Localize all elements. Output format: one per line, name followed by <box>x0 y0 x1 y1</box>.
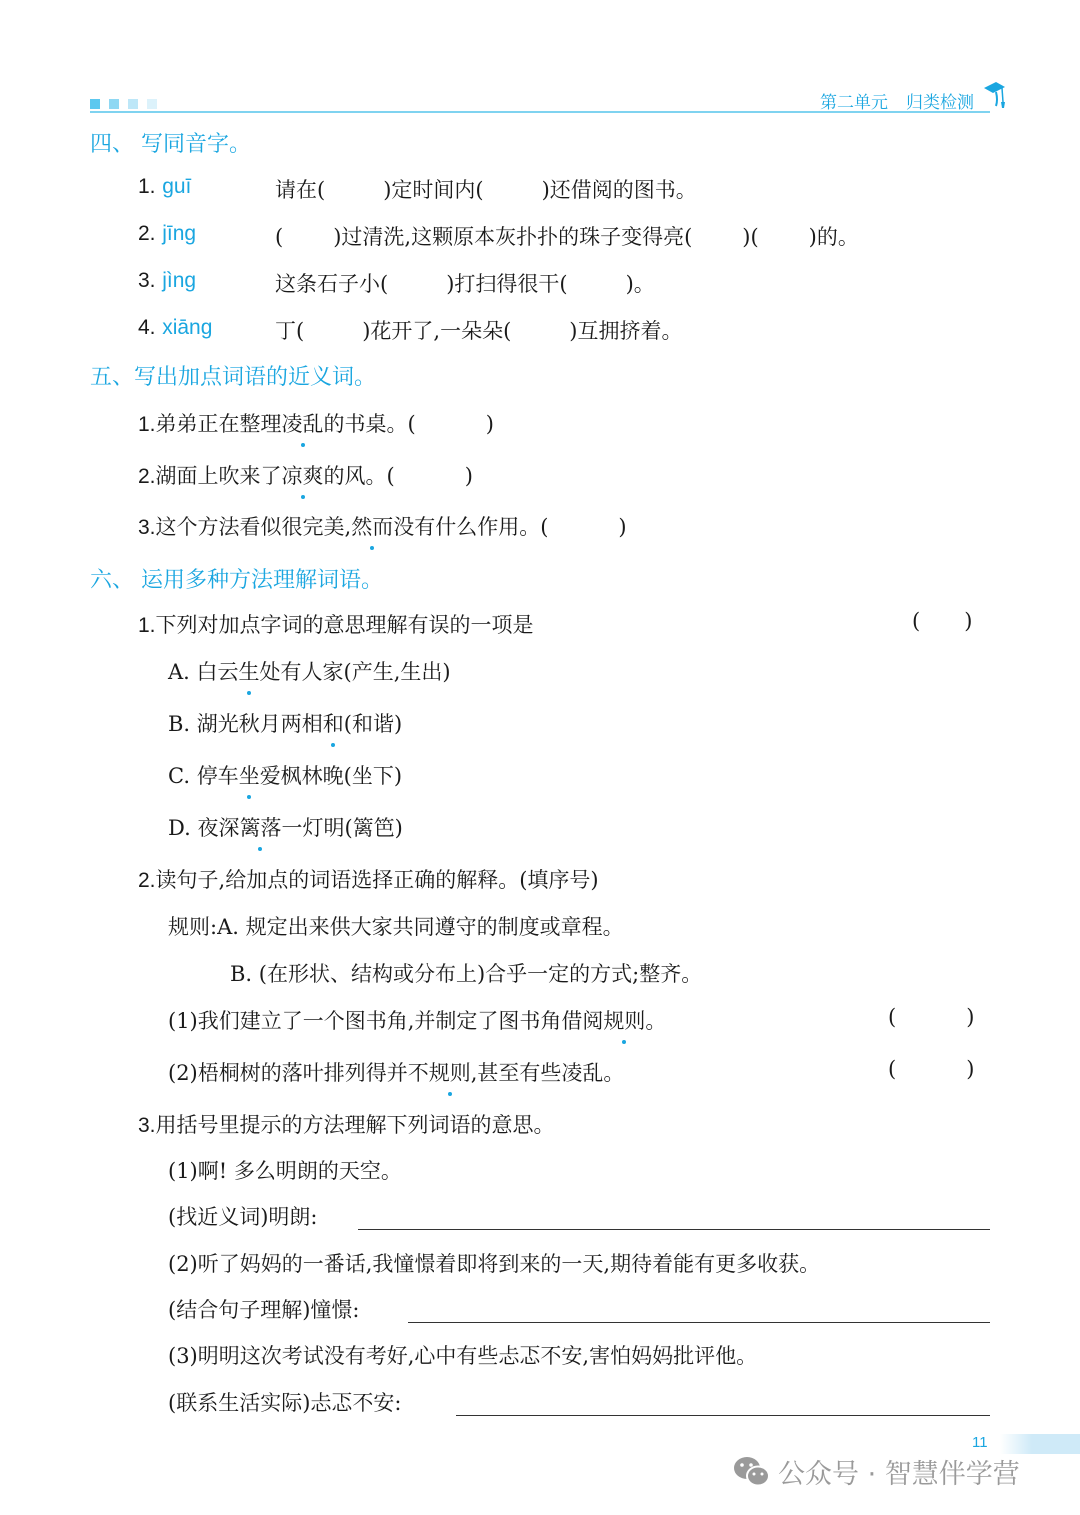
text: )( <box>742 225 758 249</box>
dotted-word: 生 <box>239 656 260 686</box>
s4-item-1: 1. guī <box>138 174 191 199</box>
s4-item-4-sentence: 丁()花开了,一朵朵()互拥挤着。 <box>275 315 682 345</box>
text: )的。 <box>809 225 859 249</box>
text: ( <box>888 1005 896 1029</box>
text: )。 <box>626 272 655 296</box>
text: )定时间内( <box>383 178 483 202</box>
text: 的书桌。( <box>324 412 416 436</box>
s4-item-1-sentence: 请在()定时间内()还借阅的图书。 <box>275 174 697 204</box>
category-label: 归类检测 <box>906 93 974 113</box>
s5-item-1: 1.弟弟正在整理凌乱的书桌。() <box>138 408 494 438</box>
dotted-word: 篱落 <box>239 812 281 842</box>
s6-q3-sub-1-prompt: (找近义词)明朗: <box>168 1201 317 1231</box>
page-number: 11 <box>972 1434 988 1451</box>
s6-q2-sub-2-answer[interactable]: () <box>888 1057 974 1081</box>
s5-item-3: 3.这个方法看似很完美,然而没有什么作用。() <box>138 511 627 541</box>
item-number: 2. <box>138 465 156 488</box>
text: 没有什么作用。( <box>393 515 548 539</box>
s4-item-4: 4. xiāng <box>138 315 212 340</box>
answer-line-1[interactable] <box>358 1229 990 1230</box>
s4-item-2-sentence: ()过清洗,这颗原本灰扑扑的珠子变得亮()()的。 <box>275 221 859 251</box>
item-number: 3. <box>138 516 156 539</box>
text: 请在( <box>275 178 325 202</box>
option-label: D. <box>168 816 191 840</box>
item-number: 1. <box>138 175 156 198</box>
section-6-title: 六、 运用多种方法理解词语。 <box>90 563 383 594</box>
s6-q3-sub-3-prompt: (联系生活实际)忐忑不安: <box>168 1387 401 1417</box>
s6-q1-option-a: A. 白云生处有人家(产生,生出) <box>168 656 451 686</box>
dotted-word: 凌乱 <box>282 408 324 438</box>
unit-label: 第二单元 <box>820 93 888 113</box>
s6-q1-option-d: D. 夜深篱落一灯明(篱笆) <box>168 812 403 842</box>
section-4-title: 四、 写同音字。 <box>90 127 251 158</box>
question-text: 下列对加点字词的意思理解有误的一项是 <box>156 613 534 637</box>
question-text: 读句子,给加点的词语选择正确的解释。(填序号) <box>156 868 599 892</box>
s6-q1-option-c: C. 停车坐爱枫林晚(坐下) <box>168 760 402 790</box>
pinyin: jìng <box>162 269 196 292</box>
text: (1)我们建立了一个图书角,并制定了图书角借阅 <box>168 1009 603 1033</box>
option-label: C. <box>168 764 190 788</box>
text: 。 <box>645 1009 666 1033</box>
text: ) <box>486 412 494 436</box>
text: (2)梧桐树的落叶排列得并不 <box>168 1061 429 1085</box>
s6-q3-sub-3-sentence: (3)明明这次考试没有考好,心中有些忐忑不安,害怕妈妈批评他。 <box>168 1340 757 1370</box>
s6-q1-option-b: B. 湖光秋月两相和(和谐) <box>168 708 402 738</box>
square-1 <box>90 99 100 109</box>
item-number: 4. <box>138 316 156 339</box>
text: ) <box>618 515 626 539</box>
s6-q2-sub-2: (2)梧桐树的落叶排列得并不规则,甚至有些凌乱。 <box>168 1057 624 1087</box>
dotted-word: 然而 <box>351 511 393 541</box>
option-label: A. <box>168 660 190 684</box>
s6-q2: 2.读句子,给加点的词语选择正确的解释。(填序号) <box>138 864 599 894</box>
text: ( <box>888 1057 896 1081</box>
text: ) <box>465 464 473 488</box>
s6-q3-sub-2-prompt: (结合句子理解)憧憬: <box>168 1294 359 1324</box>
item-number: 3. <box>138 269 156 292</box>
header-decoration-squares <box>90 99 157 109</box>
text: 这条石子小( <box>275 272 388 296</box>
square-3 <box>128 99 138 109</box>
watermark-text: 公众号 · 智慧伴学营 <box>778 1452 1020 1491</box>
s6-q2-sub-1-answer[interactable]: () <box>888 1005 974 1029</box>
text: ( <box>275 225 283 249</box>
s5-item-2: 2.湖面上吹来了凉爽的风。() <box>138 460 473 490</box>
s6-q1-answer[interactable]: () <box>912 609 972 633</box>
dotted-word: 凉爽 <box>282 460 324 490</box>
text: 停车 <box>197 764 239 788</box>
text: 丁( <box>275 319 304 343</box>
question-text: 用括号里提示的方法理解下列词语的意思。 <box>156 1113 555 1137</box>
text: 这个方法看似很完美, <box>156 515 352 539</box>
text: 白云 <box>197 660 239 684</box>
header-title: 第二单元归类检测 <box>820 88 974 113</box>
text: )互拥挤着。 <box>569 319 682 343</box>
pinyin: xiāng <box>162 316 212 339</box>
s4-item-3-sentence: 这条石子小()打扫得很干()。 <box>275 268 655 298</box>
dotted-word: 和 <box>323 708 344 738</box>
s6-q2-definition-a: 规则:A. 规定出来供大家共同遵守的制度或章程。 <box>168 911 624 941</box>
square-2 <box>109 99 119 109</box>
text: (和谐) <box>344 712 402 736</box>
s6-q2-definition-b: B. (在形状、结构或分布上)合乎一定的方式;整齐。 <box>230 958 702 988</box>
s6-q3-sub-2-sentence: (2)听了妈妈的一番话,我憧憬着即将到来的一天,期待着能有更多收获。 <box>168 1248 820 1278</box>
watermark: 公众号 · 智慧伴学营 <box>732 1452 1020 1491</box>
s6-q3: 3.用括号里提示的方法理解下列词语的意思。 <box>138 1109 555 1139</box>
dotted-word: 规则 <box>603 1005 645 1035</box>
text: 夜深 <box>197 816 239 840</box>
item-number: 1. <box>138 614 156 637</box>
dotted-word: 规则 <box>429 1057 471 1087</box>
text: 处有人家(产生,生出) <box>260 660 451 684</box>
wechat-icon <box>732 1455 772 1489</box>
s4-item-3: 3. jìng <box>138 268 196 293</box>
graduation-cap-icon <box>982 80 1006 110</box>
text: )打扫得很干( <box>446 272 567 296</box>
dotted-word: 坐 <box>239 760 260 790</box>
text: 湖光秋月两相 <box>197 712 323 736</box>
text: ) <box>964 609 972 633</box>
text: )花开了,一朵朵( <box>362 319 511 343</box>
item-number: 2. <box>138 222 156 245</box>
answer-line-3[interactable] <box>456 1415 990 1416</box>
text: )还借阅的图书。 <box>542 178 697 202</box>
text: )过清洗,这颗原本灰扑扑的珠子变得亮( <box>333 225 692 249</box>
text: ) <box>966 1057 974 1081</box>
pinyin: guī <box>162 175 191 198</box>
item-number: 2. <box>138 869 156 892</box>
text: ) <box>966 1005 974 1029</box>
text: 爱枫林晚(坐下) <box>260 764 402 788</box>
item-number: 3. <box>138 1114 156 1137</box>
section-5-title: 五、写出加点词语的近义词。 <box>90 360 376 391</box>
pinyin: jīng <box>162 222 196 245</box>
s4-item-2: 2. jīng <box>138 221 196 246</box>
text: ,甚至有些凌乱。 <box>471 1061 625 1085</box>
text: 湖面上吹来了 <box>156 464 282 488</box>
item-number: 1. <box>138 413 156 436</box>
s6-q1: 1.下列对加点字词的意思理解有误的一项是 <box>138 609 534 639</box>
text: 弟弟正在整理 <box>156 412 282 436</box>
answer-line-2[interactable] <box>408 1322 990 1323</box>
text: 一灯明(篱笆) <box>281 816 402 840</box>
s6-q2-sub-1: (1)我们建立了一个图书角,并制定了图书角借阅规则。 <box>168 1005 666 1035</box>
text: 的风。( <box>324 464 395 488</box>
s6-q3-sub-1-sentence: (1)啊! 多么明朗的天空。 <box>168 1155 402 1185</box>
text: ( <box>912 609 920 633</box>
option-label: B. <box>168 712 190 736</box>
square-4 <box>147 99 157 109</box>
page-number-bar <box>1000 1434 1080 1454</box>
